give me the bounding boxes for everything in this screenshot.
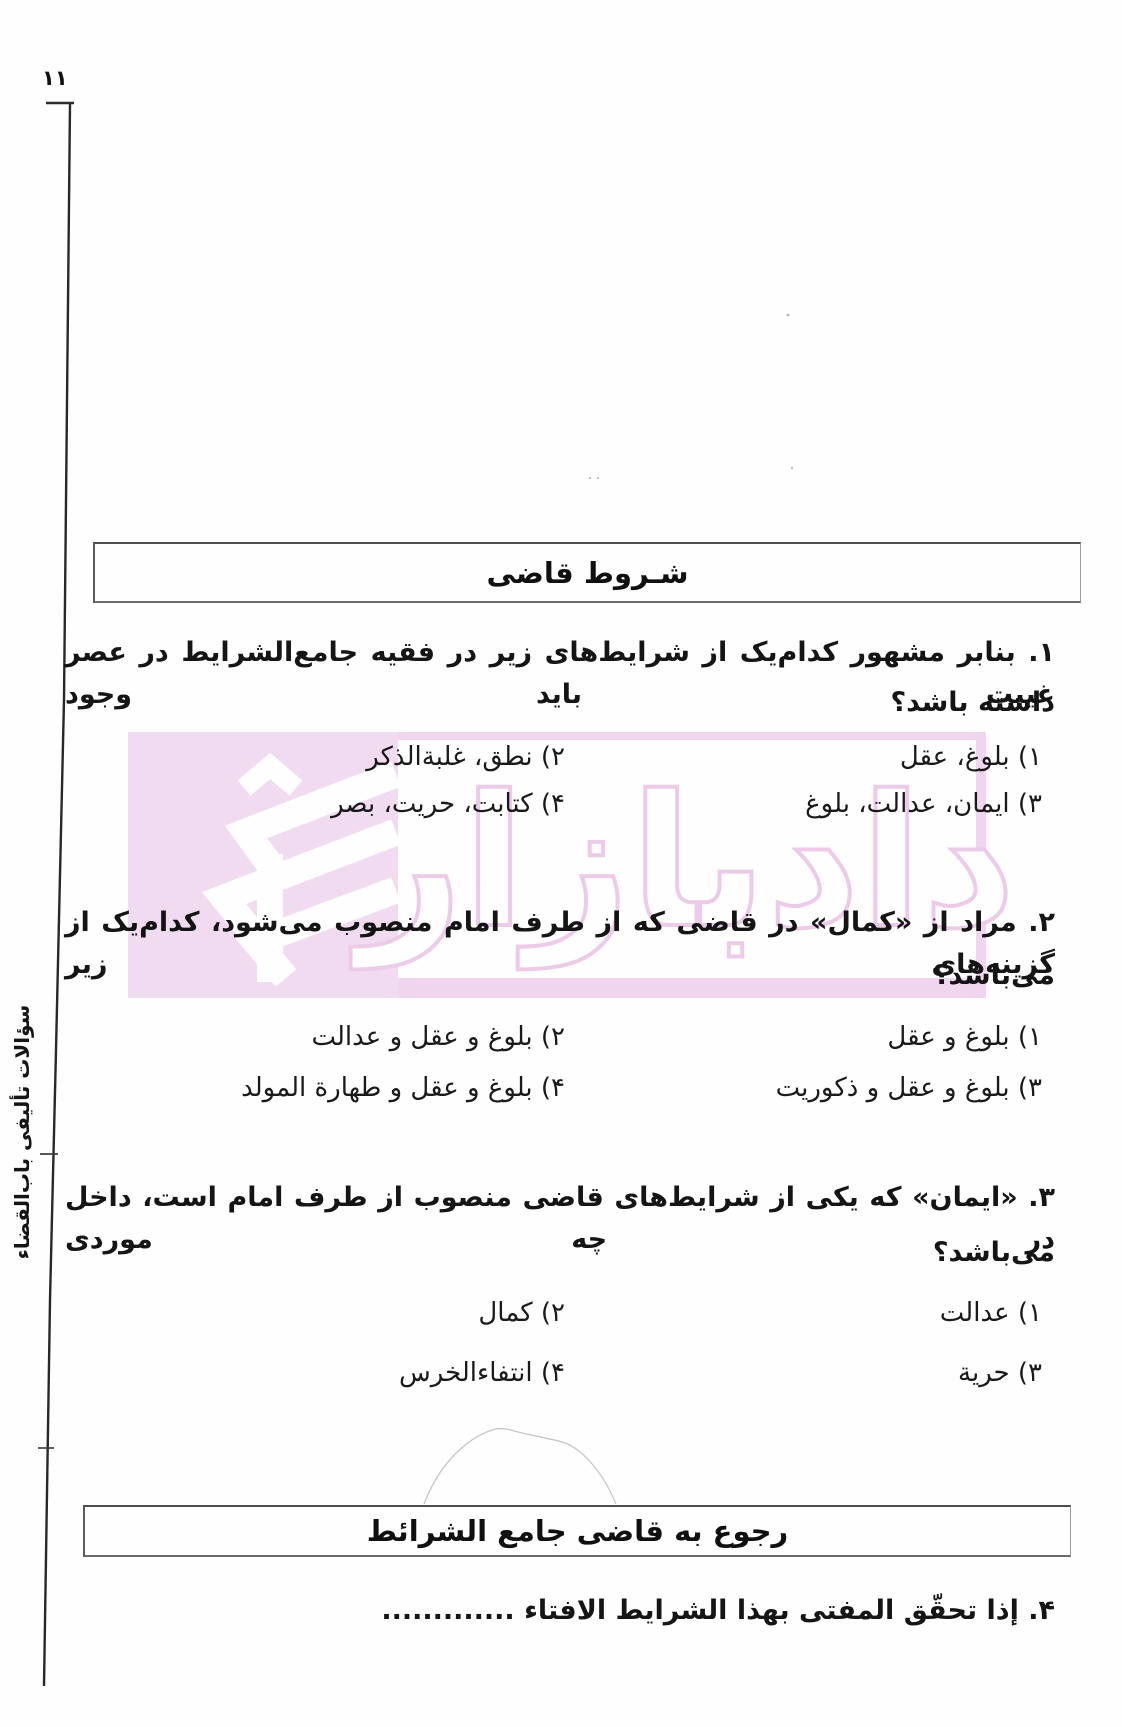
option-2: ۲) نطق، غلبةالذکر <box>65 736 565 778</box>
option-3: ۳) ایمان، عدالت، بلوغ <box>565 783 1042 825</box>
question-4-line-1: ۴. إذا تحقّق المفتی بهذا الشرایط الافتاء… <box>65 1590 1055 1632</box>
question-2-line-2: می‌باشد؟ <box>65 955 1055 997</box>
sidebar-vertical-caption: سؤالات تألیفی باب‌القضاء <box>10 982 52 1282</box>
questions-content: ۱. بنابر مشهور کدام‌یک از شرایط‌های زیر … <box>65 0 1055 1727</box>
option-3: ۳) حریة <box>565 1352 1042 1394</box>
question-1-options-row-1: ۱) بلوغ، عقل ۲) نطق، غلبةالذکر <box>65 736 1055 778</box>
option-1: ۱) عدالت <box>565 1292 1042 1334</box>
scanned-page: ۱۱ سؤالات تألیفی باب‌القضاء شـروط قاضی ر… <box>0 0 1122 1727</box>
option-4: ۴) بلوغ و عقل و طهارة المولد <box>65 1067 565 1109</box>
question-2-options-row-2: ۳) بلوغ و عقل و ذکوریت ۴) بلوغ و عقل و ط… <box>65 1067 1055 1109</box>
option-4: ۴) کتابت، حریت، بصر <box>65 783 565 825</box>
question-3-options-row-2: ۳) حریة ۴) انتفاءالخرس <box>65 1352 1055 1394</box>
question-3-options-row-1: ۱) عدالت ۲) کمال <box>65 1292 1055 1334</box>
question-2-options-row-1: ۱) بلوغ و عقل ۲) بلوغ و عقل و عدالت <box>65 1016 1055 1058</box>
option-1: ۱) بلوغ، عقل <box>565 736 1042 778</box>
option-4: ۴) انتفاءالخرس <box>65 1352 565 1394</box>
question-1-options-row-2: ۳) ایمان، عدالت، بلوغ ۴) کتابت، حریت، بص… <box>65 783 1055 825</box>
question-3-line-2: می‌باشد؟ <box>65 1232 1055 1274</box>
question-1-line-2: داشته باشد؟ <box>65 682 1055 724</box>
option-2: ۲) بلوغ و عقل و عدالت <box>65 1016 565 1058</box>
option-1: ۱) بلوغ و عقل <box>565 1016 1042 1058</box>
option-3: ۳) بلوغ و عقل و ذکوریت <box>565 1067 1042 1109</box>
option-2: ۲) کمال <box>65 1292 565 1334</box>
